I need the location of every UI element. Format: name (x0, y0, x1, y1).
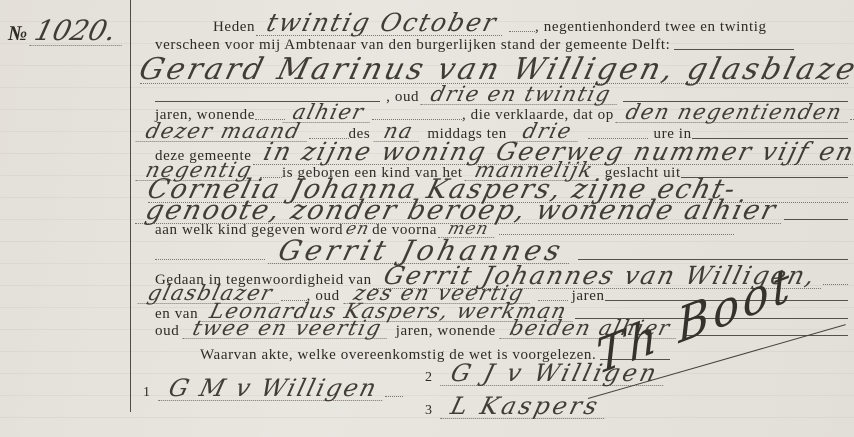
printed-year: , negentienhonderd twee en twintig (535, 19, 767, 36)
signature-3-name: L Kaspers (440, 396, 610, 419)
signature-1: 1 G M v Willigen (143, 378, 403, 401)
printed-heden: Heden (213, 19, 255, 36)
printed-jaren-wonende-2: jaren, wonende (396, 323, 496, 340)
signature-1-name: G M v Willigen (158, 378, 388, 401)
record-number-value: 1020. (30, 18, 129, 46)
record-number-label: № (8, 21, 27, 46)
hand-day: den negentienden (615, 103, 852, 123)
fill-line (385, 396, 403, 397)
hand-declarant-name: Gerard Marinus van Willigen, glasblazer (137, 56, 854, 83)
hand-witness-2-age: twee en veertig (183, 319, 392, 339)
fill-line (509, 31, 535, 32)
signature-2-index: 2 (425, 370, 433, 385)
record-number: № 1020. (8, 18, 125, 46)
fill-line (850, 119, 854, 120)
birth-record-scan: № 1020. Heden twintig October , negentie… (0, 0, 854, 437)
hand-date: twintig October (256, 12, 508, 36)
signature-3: 3 L Kaspers (425, 396, 665, 419)
fill-line (784, 219, 848, 220)
line-declarant-name: Gerard Marinus van Willigen, glasblazer (140, 56, 848, 84)
line-date: Heden twintig October , negentienhonderd… (213, 12, 848, 36)
printed-oud3: oud (155, 323, 179, 340)
line-mother-2: genoote, zonder beroep, wonende alhier (138, 199, 848, 224)
margin-rule (130, 0, 131, 412)
signature-1-index: 1 (143, 385, 151, 400)
fill-line (372, 119, 462, 120)
signature-3-index: 3 (425, 403, 433, 418)
fill-line (674, 49, 794, 50)
hand-age: drie en twintig (421, 85, 622, 105)
fill-line (155, 259, 265, 260)
